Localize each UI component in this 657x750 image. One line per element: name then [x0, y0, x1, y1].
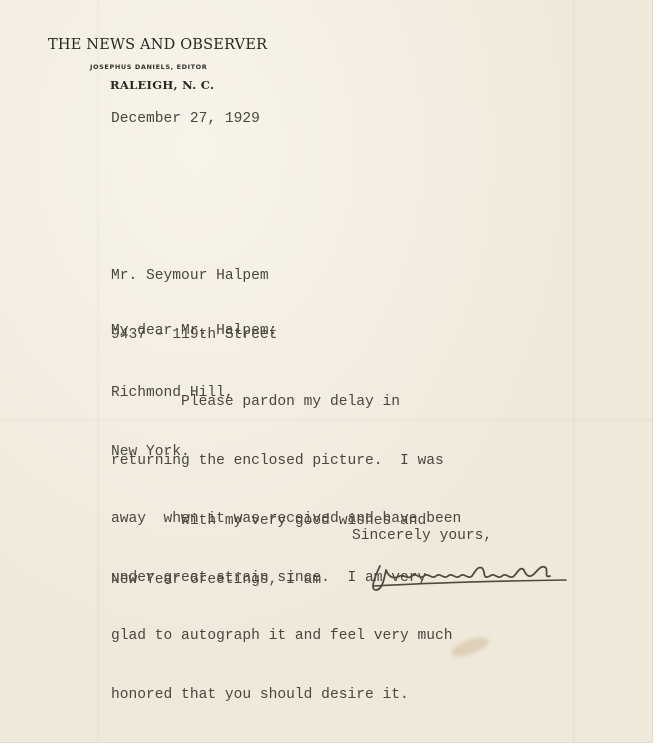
- letterhead-editor: JOSEPHUS DANIELS, EDITOR: [90, 63, 207, 71]
- salutation: My dear Mr. Halpem:: [111, 322, 277, 342]
- closing: Sincerely yours,: [352, 527, 492, 547]
- body-line: honored that you should desire it.: [111, 686, 461, 706]
- letterhead-title: THE NEWS AND OBSERVER: [48, 37, 267, 53]
- letter-date: December 27, 1929: [111, 110, 260, 130]
- handwritten-signature: [366, 556, 576, 596]
- address-line: Mr. Seymour Halpem: [111, 267, 277, 287]
- letter-paper: THE NEWS AND OBSERVER JOSEPHUS DANIELS, …: [0, 0, 653, 743]
- body-line: glad to autograph it and feel very much: [111, 627, 461, 647]
- letterhead-city: RALEIGH, N. C.: [110, 78, 214, 92]
- body-line: returning the enclosed picture. I was: [111, 452, 461, 472]
- body-paragraph-2: With my very good wishes and New Year Gr…: [111, 473, 426, 629]
- body-line: Please pardon my delay in: [111, 393, 461, 413]
